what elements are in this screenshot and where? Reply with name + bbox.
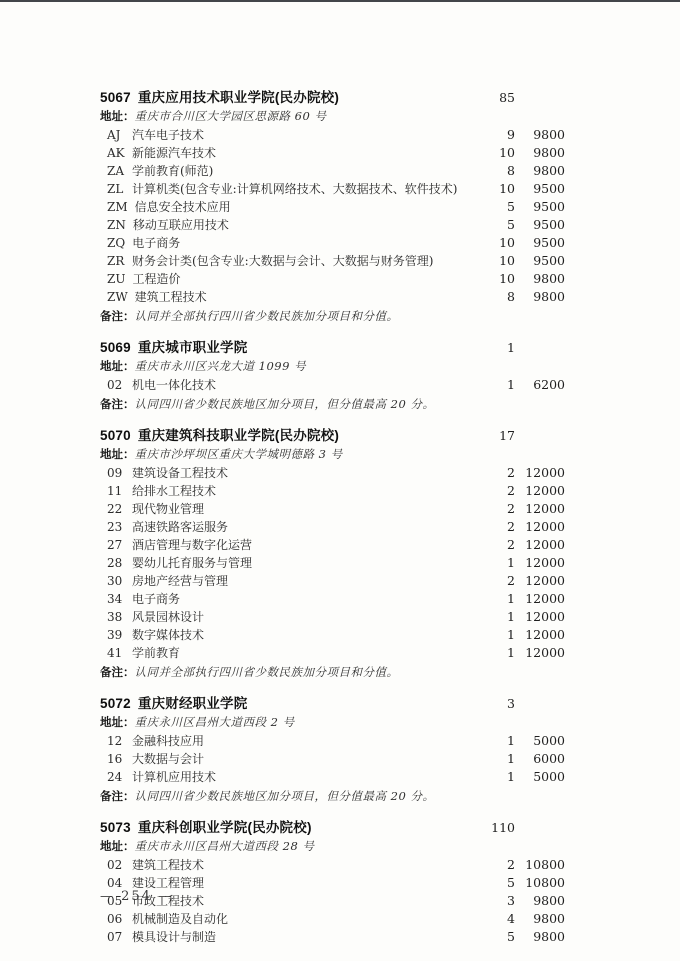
major-name: 风景园林设计 xyxy=(132,609,479,626)
remark-text: 认同并全部执行四川省少数民族加分项目和分值。 xyxy=(135,309,399,323)
institution-section: 5070重庆建筑科技职业学院(民办院校) 17 地址：重庆市沙坪坝区重庆大学城明… xyxy=(100,427,565,682)
major-name: 建筑工程技术 xyxy=(132,857,479,874)
major-code: 38 xyxy=(107,609,125,626)
major-quota: 3 xyxy=(479,892,515,909)
major-name: 大数据与会计 xyxy=(132,751,479,768)
address-text: 重庆市合川区大学园区思源路 60 号 xyxy=(135,109,327,123)
major-tuition: 12000 xyxy=(515,644,565,661)
major-row: 11 给排水工程技术 2 12000 xyxy=(100,482,565,500)
major-row: 27 酒店管理与数字化运营 2 12000 xyxy=(100,536,565,554)
major-quota: 2 xyxy=(479,500,515,517)
major-name: 给排水工程技术 xyxy=(132,483,479,500)
major-tuition: 9500 xyxy=(515,216,565,233)
address-line: 地址：重庆永川区昌州大道西段 2 号 xyxy=(100,712,565,732)
major-row: ZR 财务会计类(包含专业:大数据与会计、大数据与财务管理) 10 9500 xyxy=(100,252,565,270)
major-tuition: 12000 xyxy=(515,626,565,643)
address-label: 地址： xyxy=(100,361,135,373)
major-code: ZU xyxy=(107,271,125,288)
major-quota: 2 xyxy=(479,536,515,553)
major-tuition: 9800 xyxy=(515,162,565,179)
institution-code: 5073 xyxy=(100,820,131,835)
majors-list: AJ 汽车电子技术 9 9800 AK 新能源汽车技术 10 9800 ZA 学… xyxy=(100,126,565,306)
major-row: 30 房地产经营与管理 2 12000 xyxy=(100,572,565,590)
major-row: 28 婴幼儿托育服务与管理 1 12000 xyxy=(100,554,565,572)
institution-name: 重庆建筑科技职业学院(民办院校) xyxy=(138,428,339,443)
major-row: 39 数字媒体技术 1 12000 xyxy=(100,626,565,644)
address-label: 地址： xyxy=(100,449,135,461)
major-code: AK xyxy=(107,145,125,162)
institution-total: 17 xyxy=(479,427,515,444)
major-quota: 1 xyxy=(479,644,515,661)
major-row: 07 模具设计与制造 5 9800 xyxy=(100,928,565,946)
major-code: 34 xyxy=(107,591,125,608)
institution-name: 重庆财经职业学院 xyxy=(138,696,248,711)
address-line: 地址：重庆市永川区昌州大道西段 28 号 xyxy=(100,836,565,856)
institution-header: 5072重庆财经职业学院 3 xyxy=(100,695,565,712)
major-quota: 5 xyxy=(479,928,515,945)
major-row: 41 学前教育 1 12000 xyxy=(100,644,565,662)
major-tuition: 9800 xyxy=(515,270,565,287)
institution-section: 5069重庆城市职业学院 1 地址：重庆市永川区兴龙大道 1099 号 02 机… xyxy=(100,339,565,414)
address-text: 重庆永川区昌州大道西段 2 号 xyxy=(135,715,295,729)
major-name: 财务会计类(包含专业:大数据与会计、大数据与财务管理) xyxy=(132,253,479,270)
document-page: 5067重庆应用技术职业学院(民办院校) 85 地址：重庆市合川区大学园区思源路… xyxy=(0,0,680,961)
major-quota: 8 xyxy=(479,162,515,179)
major-code: 06 xyxy=(107,911,125,928)
major-name: 高速铁路客运服务 xyxy=(132,519,479,536)
major-quota: 1 xyxy=(479,376,515,393)
address-text: 重庆市永川区昌州大道西段 28 号 xyxy=(135,839,315,853)
address-label: 地址： xyxy=(100,717,135,729)
institution-total: 3 xyxy=(479,695,515,712)
major-row: ZL 计算机类(包含专业:计算机网络技术、大数据技术、软件技术) 10 9500 xyxy=(100,180,565,198)
address-label: 地址： xyxy=(100,111,135,123)
major-quota: 2 xyxy=(479,464,515,481)
major-tuition: 9800 xyxy=(515,126,565,143)
major-row: 24 计算机应用技术 1 5000 xyxy=(100,768,565,786)
major-tuition: 12000 xyxy=(515,536,565,553)
major-name: 建筑工程技术 xyxy=(135,289,479,306)
major-row: AJ 汽车电子技术 9 9800 xyxy=(100,126,565,144)
major-quota: 1 xyxy=(479,750,515,767)
major-name: 酒店管理与数字化运营 xyxy=(132,537,479,554)
institution-total: 85 xyxy=(479,89,515,106)
major-row: ZU 工程造价 10 9800 xyxy=(100,270,565,288)
major-name: 新能源汽车技术 xyxy=(132,145,479,162)
major-tuition: 12000 xyxy=(515,554,565,571)
major-quota: 10 xyxy=(479,144,515,161)
major-name: 电子商务 xyxy=(132,591,479,608)
major-tuition: 5000 xyxy=(515,768,565,785)
page-number: — 254 — xyxy=(100,889,173,904)
major-quota: 1 xyxy=(479,732,515,749)
major-row: ZM 信息安全技术应用 5 9500 xyxy=(100,198,565,216)
institution-code: 5067 xyxy=(100,90,131,105)
major-code: 28 xyxy=(107,555,125,572)
major-name: 工程造价 xyxy=(132,271,479,288)
major-code: 22 xyxy=(107,501,125,518)
sections-container: 5067重庆应用技术职业学院(民办院校) 85 地址：重庆市合川区大学园区思源路… xyxy=(0,0,680,946)
institution-section: 5072重庆财经职业学院 3 地址：重庆永川区昌州大道西段 2 号 12 金融科… xyxy=(100,695,565,806)
major-quota: 2 xyxy=(479,572,515,589)
major-row: ZA 学前教育(师范) 8 9800 xyxy=(100,162,565,180)
major-tuition: 12000 xyxy=(515,590,565,607)
majors-list: 09 建筑设备工程技术 2 12000 11 给排水工程技术 2 12000 2… xyxy=(100,464,565,662)
major-name: 计算机应用技术 xyxy=(132,769,479,786)
major-tuition: 12000 xyxy=(515,518,565,535)
major-tuition: 9500 xyxy=(515,198,565,215)
major-code: 02 xyxy=(107,857,125,874)
major-quota: 5 xyxy=(479,874,515,891)
major-name: 计算机类(包含专业:计算机网络技术、大数据技术、软件技术) xyxy=(132,181,479,198)
major-tuition: 9800 xyxy=(515,892,565,909)
institution-header: 5067重庆应用技术职业学院(民办院校) 85 xyxy=(100,89,565,106)
major-name: 房地产经营与管理 xyxy=(132,573,479,590)
institution-code: 5070 xyxy=(100,428,131,443)
major-code: ZA xyxy=(107,163,125,180)
major-tuition: 10800 xyxy=(515,856,565,873)
major-quota: 2 xyxy=(479,856,515,873)
major-tuition: 9800 xyxy=(515,928,565,945)
major-name: 学前教育(师范) xyxy=(132,163,479,180)
major-row: 16 大数据与会计 1 6000 xyxy=(100,750,565,768)
major-tuition: 12000 xyxy=(515,482,565,499)
major-name: 机电一体化技术 xyxy=(132,377,479,394)
major-row: 09 建筑设备工程技术 2 12000 xyxy=(100,464,565,482)
major-tuition: 12000 xyxy=(515,464,565,481)
major-tuition: 6000 xyxy=(515,750,565,767)
major-row: ZN 移动互联应用技术 5 9500 xyxy=(100,216,565,234)
institution-name: 重庆科创职业学院(民办院校) xyxy=(138,820,312,835)
major-quota: 1 xyxy=(479,626,515,643)
major-row: 06 机械制造及自动化 4 9800 xyxy=(100,910,565,928)
major-code: 41 xyxy=(107,645,125,662)
major-name: 汽车电子技术 xyxy=(132,127,479,144)
major-quota: 2 xyxy=(479,482,515,499)
remark-label: 备注： xyxy=(100,399,135,411)
major-code: 23 xyxy=(107,519,125,536)
major-code: 16 xyxy=(107,751,125,768)
institution-code: 5069 xyxy=(100,340,131,355)
major-code: AJ xyxy=(107,127,125,144)
major-quota: 4 xyxy=(479,910,515,927)
major-name: 数字媒体技术 xyxy=(132,627,479,644)
major-name: 电子商务 xyxy=(132,235,479,252)
major-quota: 10 xyxy=(479,252,515,269)
remark-line: 备注：认同四川省少数民族地区加分项目，但分值最高 20 分。 xyxy=(100,394,565,414)
institution-title: 5070重庆建筑科技职业学院(民办院校) xyxy=(100,427,479,444)
address-line: 地址：重庆市永川区兴龙大道 1099 号 xyxy=(100,356,565,376)
major-tuition: 9800 xyxy=(515,288,565,305)
major-code: 07 xyxy=(107,929,125,946)
major-code: 12 xyxy=(107,733,125,750)
major-quota: 10 xyxy=(479,270,515,287)
major-code: 27 xyxy=(107,537,125,554)
major-quota: 5 xyxy=(479,198,515,215)
major-row: ZW 建筑工程技术 8 9800 xyxy=(100,288,565,306)
major-row: 22 现代物业管理 2 12000 xyxy=(100,500,565,518)
major-row: 12 金融科技应用 1 5000 xyxy=(100,732,565,750)
major-row: ZQ 电子商务 10 9500 xyxy=(100,234,565,252)
major-row: AK 新能源汽车技术 10 9800 xyxy=(100,144,565,162)
major-code: ZL xyxy=(107,181,125,198)
institution-total: 1 xyxy=(479,339,515,356)
major-code: ZM xyxy=(107,199,128,216)
institution-title: 5072重庆财经职业学院 xyxy=(100,695,479,712)
major-name: 婴幼儿托育服务与管理 xyxy=(132,555,479,572)
remark-label: 备注： xyxy=(100,667,135,679)
institution-section: 5073重庆科创职业学院(民办院校) 110 地址：重庆市永川区昌州大道西段 2… xyxy=(100,819,565,946)
major-name: 市政工程技术 xyxy=(132,893,479,910)
institution-title: 5067重庆应用技术职业学院(民办院校) xyxy=(100,89,479,106)
major-quota: 1 xyxy=(479,608,515,625)
address-text: 重庆市沙坪坝区重庆大学城明德路 3 号 xyxy=(135,447,343,461)
remark-label: 备注： xyxy=(100,791,135,803)
major-name: 现代物业管理 xyxy=(132,501,479,518)
address-line: 地址：重庆市合川区大学园区思源路 60 号 xyxy=(100,106,565,126)
major-quota: 10 xyxy=(479,180,515,197)
major-name: 模具设计与制造 xyxy=(132,929,479,946)
major-code: ZR xyxy=(107,253,125,270)
major-tuition: 6200 xyxy=(515,376,565,393)
major-tuition: 12000 xyxy=(515,608,565,625)
major-quota: 8 xyxy=(479,288,515,305)
majors-list: 02 机电一体化技术 1 6200 xyxy=(100,376,565,394)
major-tuition: 10800 xyxy=(515,874,565,891)
major-code: ZN xyxy=(107,217,126,234)
institution-header: 5069重庆城市职业学院 1 xyxy=(100,339,565,356)
major-code: 24 xyxy=(107,769,125,786)
address-text: 重庆市永川区兴龙大道 1099 号 xyxy=(135,359,307,373)
major-tuition: 5000 xyxy=(515,732,565,749)
institution-title: 5073重庆科创职业学院(民办院校) xyxy=(100,819,479,836)
remark-label: 备注： xyxy=(100,311,135,323)
major-tuition: 9500 xyxy=(515,234,565,251)
institution-name: 重庆应用技术职业学院(民办院校) xyxy=(138,90,339,105)
major-code: 11 xyxy=(107,483,125,500)
major-tuition: 9500 xyxy=(515,252,565,269)
institution-name: 重庆城市职业学院 xyxy=(138,340,248,355)
major-tuition: 12000 xyxy=(515,572,565,589)
major-tuition: 9800 xyxy=(515,910,565,927)
major-row: 23 高速铁路客运服务 2 12000 xyxy=(100,518,565,536)
major-name: 建设工程管理 xyxy=(132,875,479,892)
address-label: 地址： xyxy=(100,841,135,853)
remark-text: 认同四川省少数民族地区加分项目，但分值最高 20 分。 xyxy=(135,397,435,411)
major-quota: 1 xyxy=(479,768,515,785)
major-code: 09 xyxy=(107,465,125,482)
institution-code: 5072 xyxy=(100,696,131,711)
major-tuition: 12000 xyxy=(515,500,565,517)
page-top-edge xyxy=(0,0,680,2)
major-tuition: 9800 xyxy=(515,144,565,161)
major-quota: 10 xyxy=(479,234,515,251)
remark-line: 备注：认同并全部执行四川省少数民族加分项目和分值。 xyxy=(100,306,565,326)
major-row: 34 电子商务 1 12000 xyxy=(100,590,565,608)
major-name: 移动互联应用技术 xyxy=(133,217,479,234)
remark-line: 备注：认同并全部执行四川省少数民族加分项目和分值。 xyxy=(100,662,565,682)
major-code: ZW xyxy=(107,289,128,306)
majors-list: 12 金融科技应用 1 5000 16 大数据与会计 1 6000 24 计算机… xyxy=(100,732,565,786)
major-quota: 5 xyxy=(479,216,515,233)
address-line: 地址：重庆市沙坪坝区重庆大学城明德路 3 号 xyxy=(100,444,565,464)
major-name: 机械制造及自动化 xyxy=(132,911,479,928)
remark-text: 认同并全部执行四川省少数民族加分项目和分值。 xyxy=(135,665,399,679)
institution-title: 5069重庆城市职业学院 xyxy=(100,339,479,356)
major-name: 学前教育 xyxy=(132,645,479,662)
institution-total: 110 xyxy=(479,819,515,836)
major-name: 信息安全技术应用 xyxy=(135,199,479,216)
major-row: 02 建筑工程技术 2 10800 xyxy=(100,856,565,874)
major-code: 39 xyxy=(107,627,125,644)
major-quota: 1 xyxy=(479,554,515,571)
institution-header: 5073重庆科创职业学院(民办院校) 110 xyxy=(100,819,565,836)
major-code: 30 xyxy=(107,573,125,590)
remark-line: 备注：认同四川省少数民族地区加分项目，但分值最高 20 分。 xyxy=(100,786,565,806)
major-quota: 9 xyxy=(479,126,515,143)
major-row: 02 机电一体化技术 1 6200 xyxy=(100,376,565,394)
major-quota: 2 xyxy=(479,518,515,535)
major-name: 建筑设备工程技术 xyxy=(132,465,479,482)
major-row: 38 风景园林设计 1 12000 xyxy=(100,608,565,626)
major-name: 金融科技应用 xyxy=(132,733,479,750)
major-quota: 1 xyxy=(479,590,515,607)
major-code: 02 xyxy=(107,377,125,394)
major-tuition: 9500 xyxy=(515,180,565,197)
institution-header: 5070重庆建筑科技职业学院(民办院校) 17 xyxy=(100,427,565,444)
remark-text: 认同四川省少数民族地区加分项目，但分值最高 20 分。 xyxy=(135,789,435,803)
major-code: ZQ xyxy=(107,235,125,252)
institution-section: 5067重庆应用技术职业学院(民办院校) 85 地址：重庆市合川区大学园区思源路… xyxy=(100,89,565,326)
